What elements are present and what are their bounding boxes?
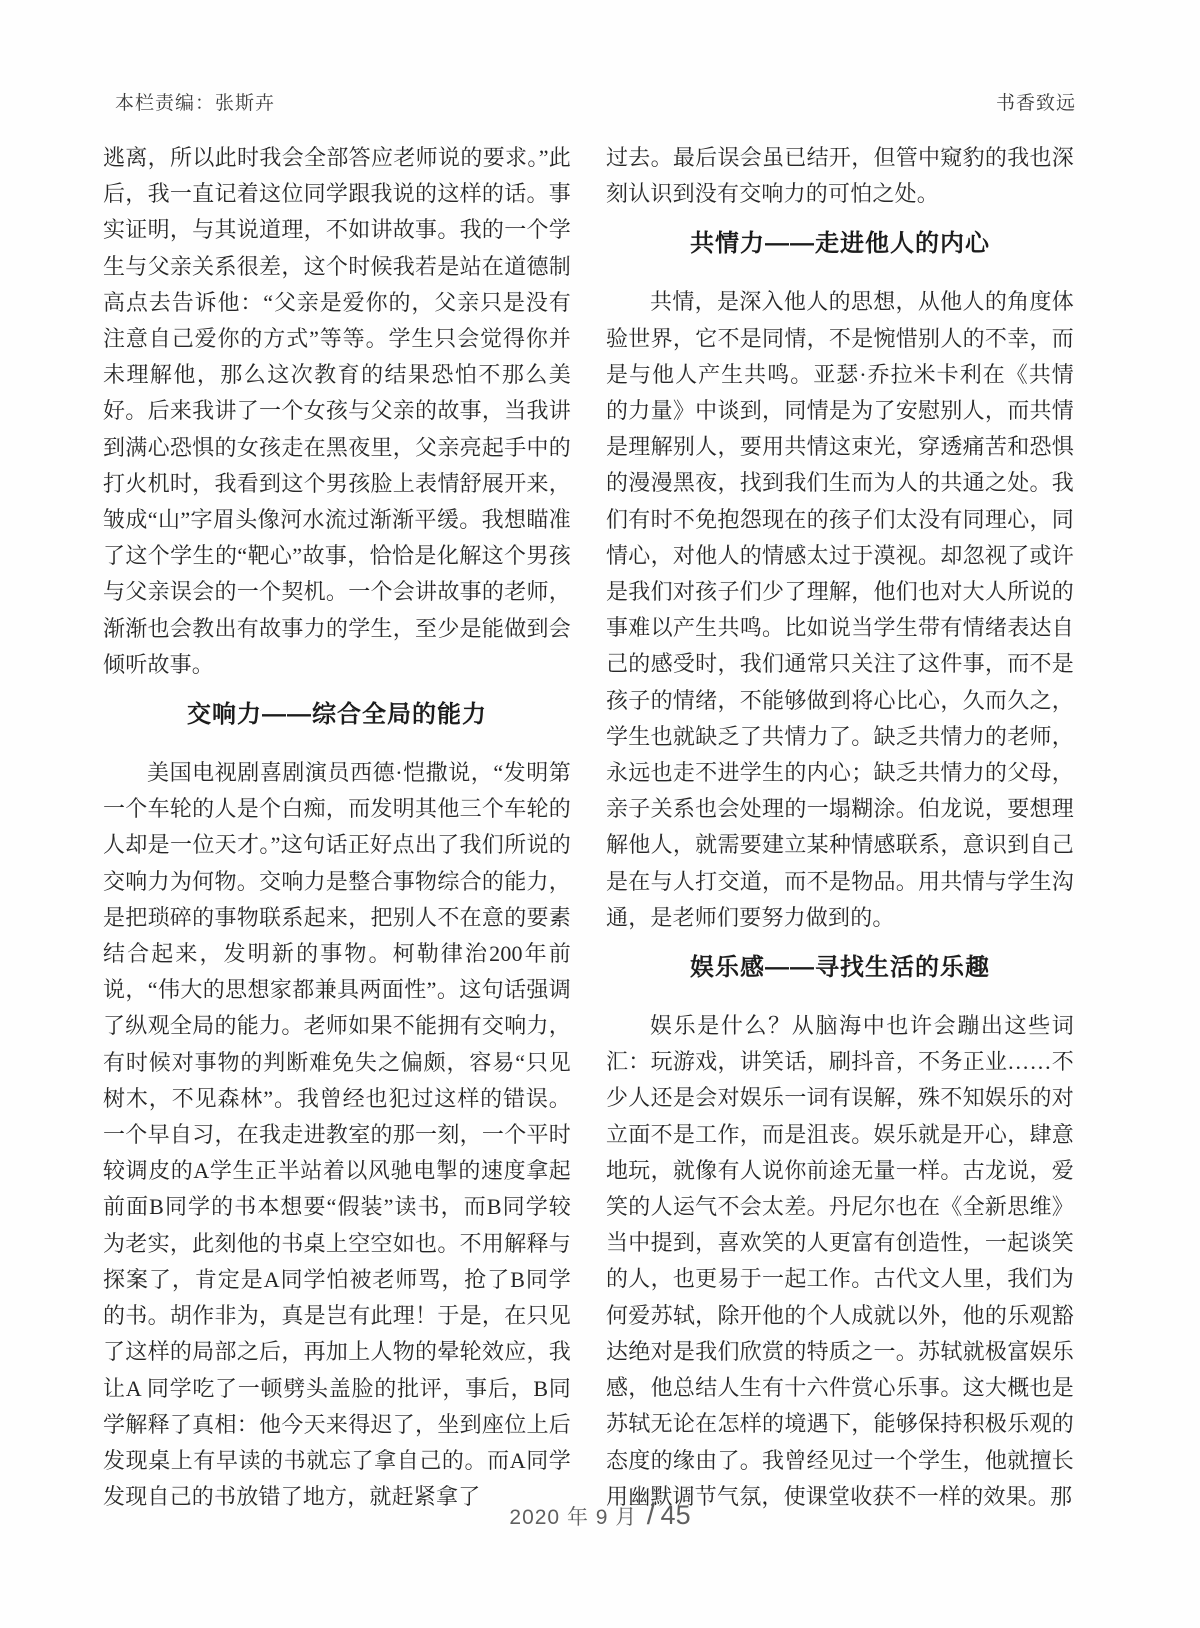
page-header: 本栏责编：张斯卉 书香致远 [115,88,1076,115]
heading-symphony: 交响力——综合全局的能力 [103,700,571,730]
heading-playfulness: 娱乐感——寻找生活的乐趣 [606,953,1074,983]
right-column: 过去。最后误会虽已结开，但管中窥豹的我也深刻认识到没有交响力的可怕之处。 共情力… [606,140,1074,1515]
page-footer: 2020 年 9 月 / 45 [0,1498,1200,1532]
paragraph-storytelling-continuation: 逃离，所以此时我会全部答应老师说的要求。”此后，我一直记着这位同学跟我说的这样的… [103,140,571,683]
issue-date: 2020 年 9 月 [509,1506,637,1529]
paragraph-symphony-continuation: 过去。最后误会虽已结开，但管中窥豹的我也深刻认识到没有交响力的可怕之处。 [606,140,1074,212]
heading-empathy: 共情力——走进他人的内心 [606,229,1074,259]
paragraph-empathy: 共情，是深入他人的思想，从他人的角度体验世界，它不是同情，不是惋惜别人的不幸，而… [606,284,1074,936]
left-column: 逃离，所以此时我会全部答应老师说的要求。”此后，我一直记着这位同学跟我说的这样的… [103,140,571,1515]
paragraph-playfulness: 娱乐是什么？从脑海中也许会蹦出这些词汇：玩游戏，讲笑话，刷抖音，不务正业……不少… [606,1008,1074,1515]
column-editor-label: 本栏责编：张斯卉 [115,88,275,115]
page-number: 45 [661,1500,691,1530]
magazine-page: 本栏责编：张斯卉 书香致远 逃离，所以此时我会全部答应老师说的要求。”此后，我一… [0,0,1200,1628]
footer-slash: / [647,1498,655,1531]
section-running-title: 书香致远 [996,88,1076,115]
paragraph-symphony: 美国电视剧喜剧演员西德·恺撒说，“发明第一个车轮的人是个白痴，而发明其他三个车轮… [103,755,571,1515]
